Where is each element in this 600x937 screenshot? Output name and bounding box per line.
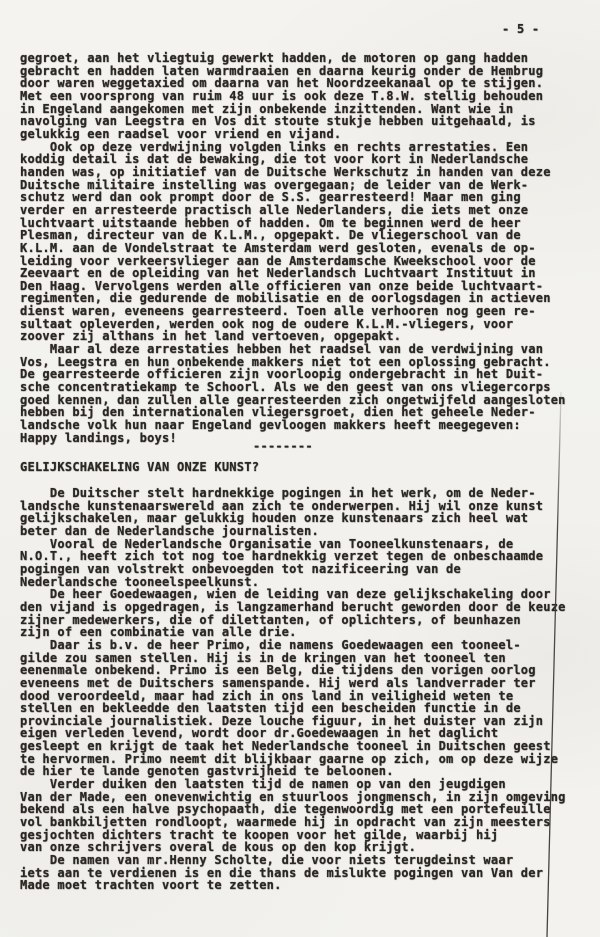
section-divider-dashes: -------- bbox=[253, 440, 313, 453]
scanned-typewritten-page: { "page": { "number_label": "- 5 -" }, "… bbox=[0, 0, 600, 937]
page-number: - 5 - bbox=[502, 23, 539, 36]
article-kunst-heading: GELIJKSCHAKELING VAN ONZE KUNST? bbox=[20, 461, 259, 474]
article-arrests-text: gegroet, aan het vliegtuig gewerkt hadde… bbox=[20, 52, 566, 444]
article-kunst-text: De Duitscher stelt hardnekkige pogingen … bbox=[20, 487, 566, 892]
